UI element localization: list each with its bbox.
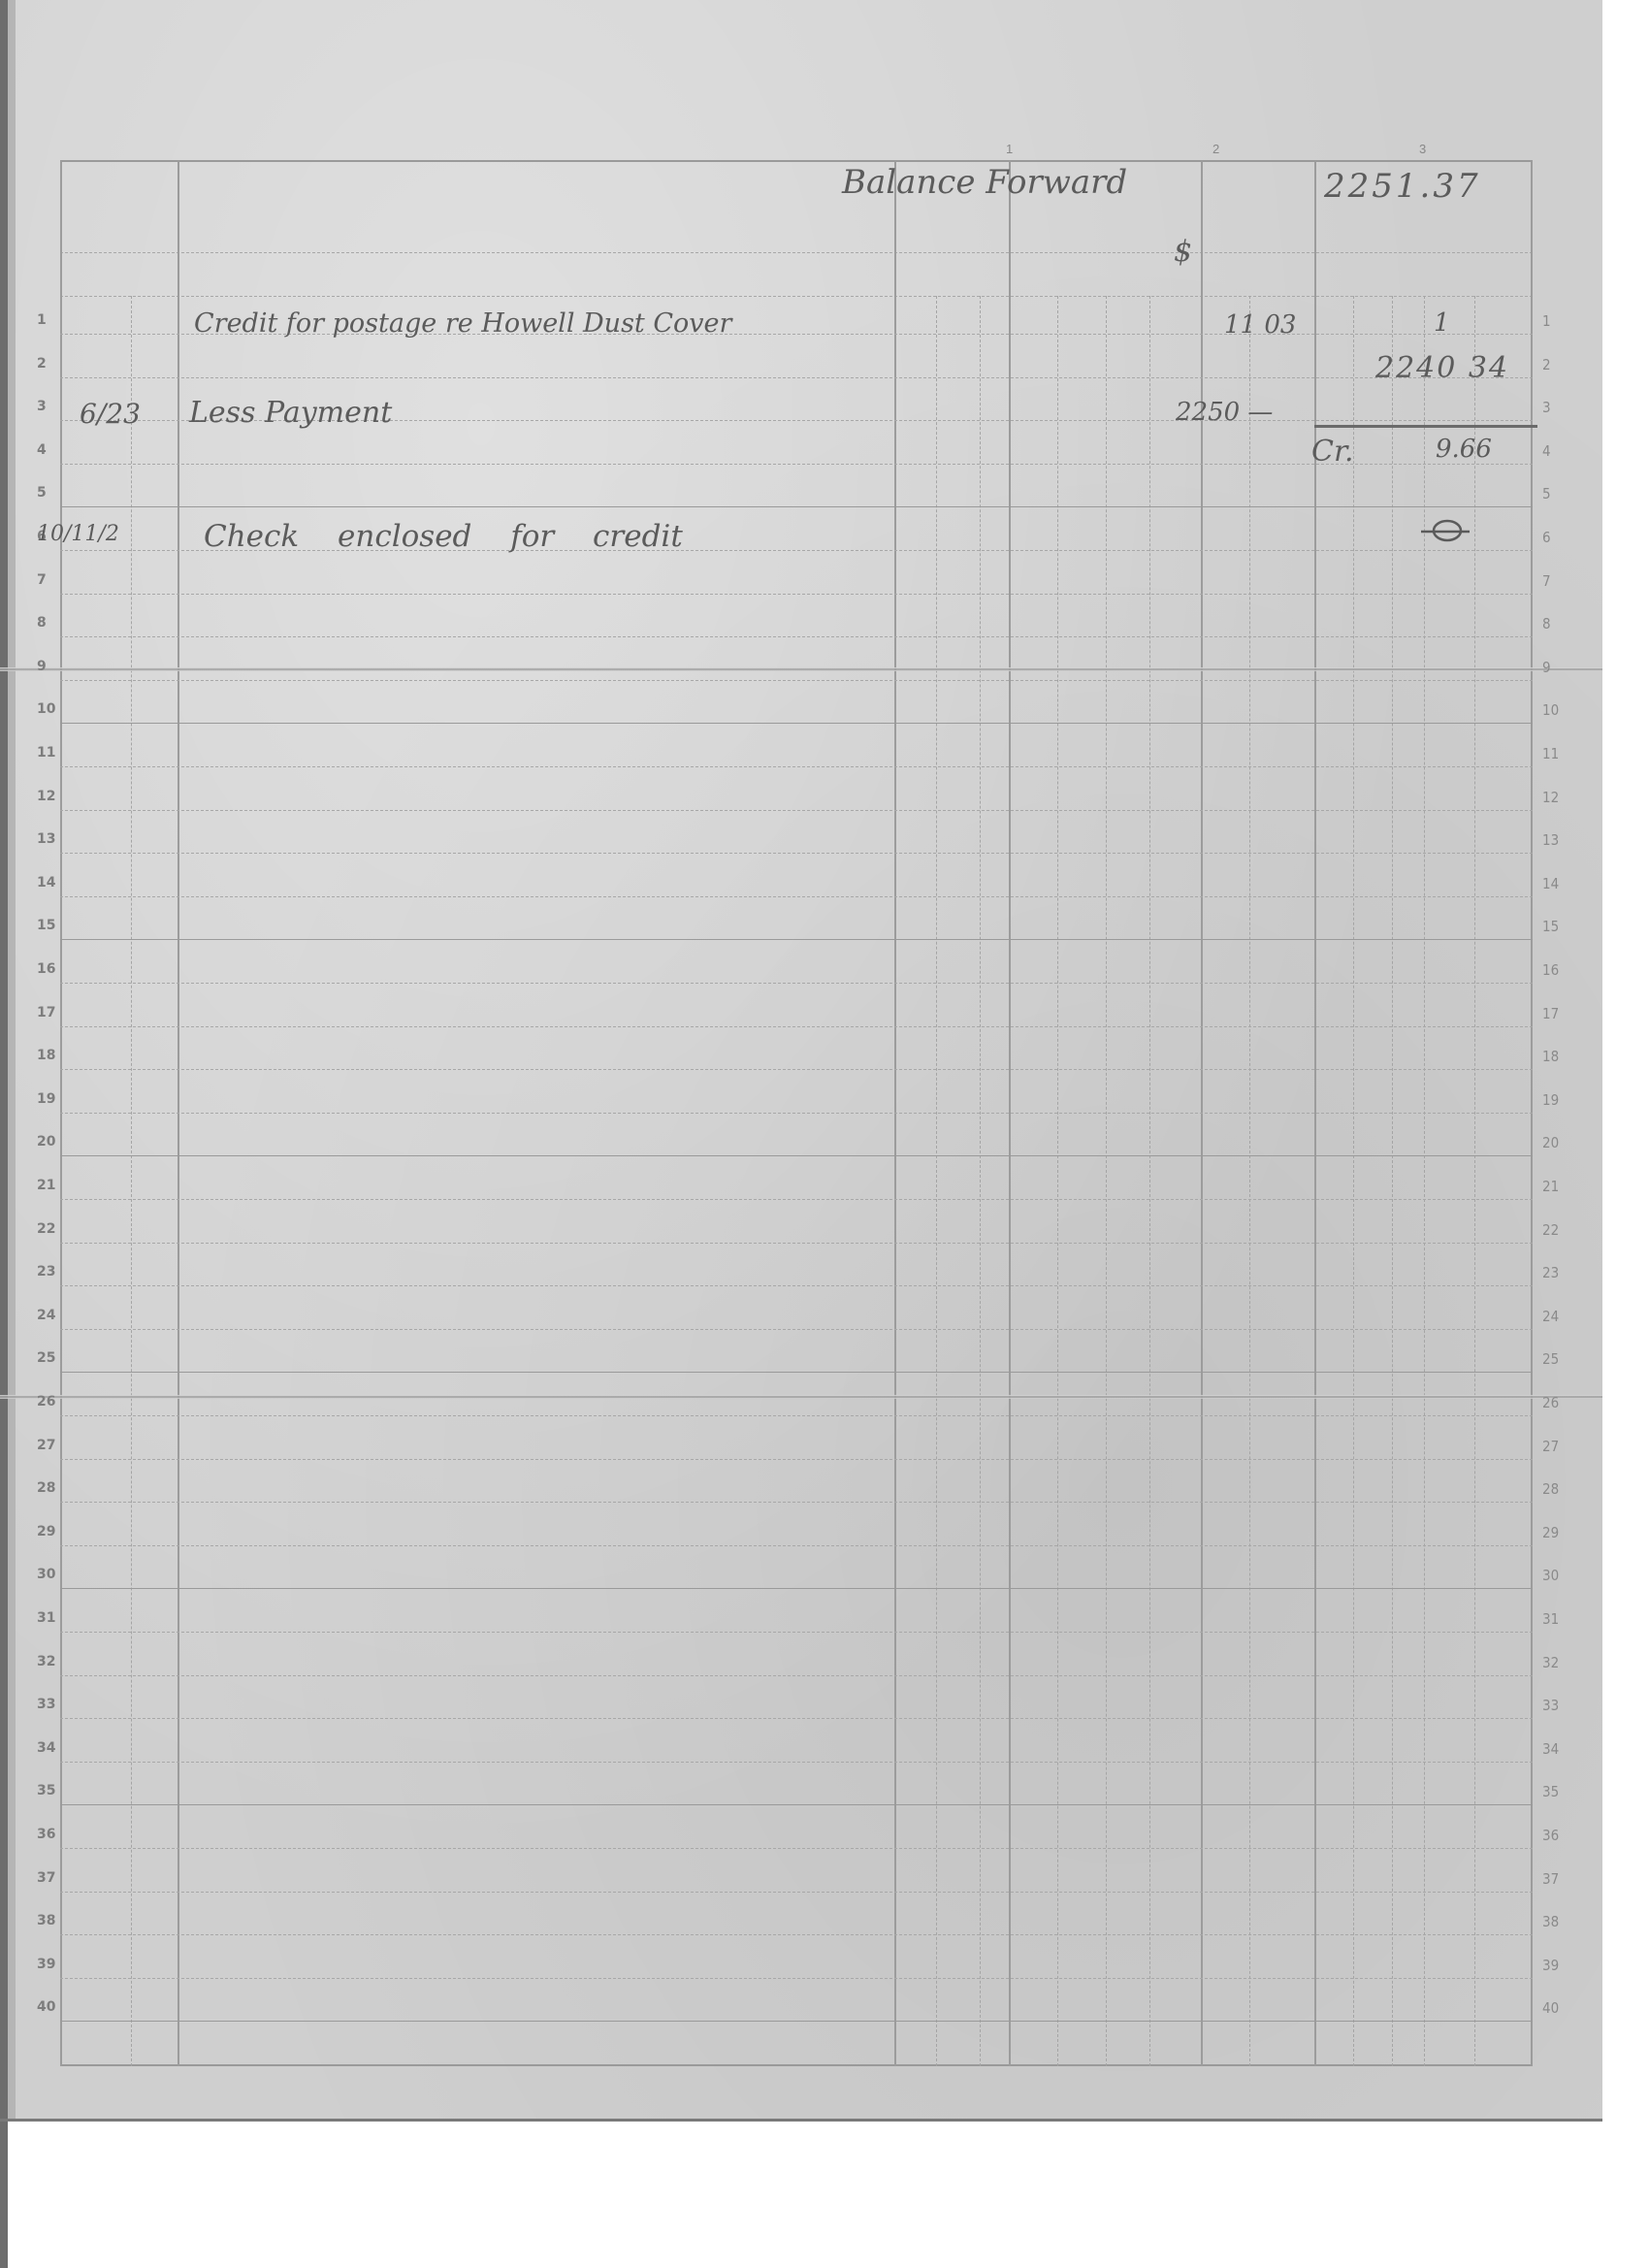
fold-crease-bottom bbox=[0, 1395, 1602, 1399]
paper-bottom-edge bbox=[0, 2119, 1602, 2122]
row-number-right: 28 bbox=[1542, 1480, 1559, 1498]
row-number-left: 31 bbox=[37, 1610, 55, 1626]
row-number-right: 8 bbox=[1542, 615, 1551, 632]
grid-col bbox=[1057, 296, 1058, 2066]
entry-6-description: Check enclosed for credit bbox=[204, 519, 683, 554]
row-number-right: 10 bbox=[1542, 701, 1559, 719]
row-line bbox=[60, 1804, 1533, 1805]
row-number-right: 33 bbox=[1542, 1697, 1559, 1714]
row-number-left: 23 bbox=[37, 1264, 55, 1280]
row-line bbox=[60, 1026, 1533, 1027]
row-line bbox=[60, 1502, 1533, 1503]
grid-col bbox=[1474, 296, 1475, 2066]
row-number-left: 30 bbox=[37, 1567, 55, 1582]
row-number-left: 15 bbox=[37, 918, 55, 933]
row-line bbox=[60, 983, 1533, 984]
row-number-right: 14 bbox=[1542, 875, 1559, 892]
row-number-left: 10 bbox=[37, 701, 55, 717]
grid-col bbox=[1392, 296, 1393, 2066]
row-number-right: 32 bbox=[1542, 1654, 1559, 1671]
row-number-left: 1 bbox=[37, 312, 47, 328]
row-number-right: 38 bbox=[1542, 1913, 1559, 1930]
grid-col bbox=[980, 296, 981, 2066]
row-number-right: 29 bbox=[1542, 1524, 1559, 1541]
row-line bbox=[60, 939, 1533, 940]
row-number-right: 3 bbox=[1542, 399, 1551, 416]
row-number-right: 30 bbox=[1542, 1567, 1559, 1584]
row-number-left: 5 bbox=[37, 485, 47, 501]
row-number-left: 21 bbox=[37, 1178, 55, 1193]
row-number-right: 20 bbox=[1542, 1134, 1559, 1151]
row-number-right: 37 bbox=[1542, 1870, 1559, 1888]
row-line bbox=[60, 1155, 1533, 1156]
row-number-left: 14 bbox=[37, 875, 55, 891]
row-number-right: 34 bbox=[1542, 1740, 1559, 1758]
scan-edge-shadow bbox=[8, 0, 16, 2121]
row-line bbox=[60, 680, 1533, 681]
row-line bbox=[60, 1329, 1533, 1330]
row-line bbox=[60, 1545, 1533, 1546]
row-line bbox=[60, 1113, 1533, 1114]
row-number-left: 25 bbox=[37, 1350, 55, 1366]
row-number-left: 4 bbox=[37, 442, 47, 458]
row-number-left: 37 bbox=[37, 1870, 55, 1886]
row-line bbox=[60, 1415, 1533, 1416]
row-number-left: 40 bbox=[37, 1999, 55, 2015]
entry-2-balance: 2240 34 bbox=[1375, 351, 1509, 385]
row-number-right: 13 bbox=[1542, 831, 1559, 849]
row-number-left: 35 bbox=[37, 1783, 55, 1798]
row-line bbox=[60, 1459, 1533, 1460]
row-line bbox=[60, 1285, 1533, 1286]
row-number-right: 23 bbox=[1542, 1264, 1559, 1281]
row-line bbox=[60, 506, 1533, 507]
row-number-right: 31 bbox=[1542, 1610, 1559, 1628]
row-number-left: 33 bbox=[37, 1697, 55, 1712]
row-number-left: 36 bbox=[37, 1827, 55, 1842]
entry-4-credit-prefix: Cr. bbox=[1311, 435, 1354, 469]
row-number-left: 27 bbox=[37, 1438, 55, 1453]
row-line bbox=[60, 1718, 1533, 1719]
entry-1-description: Credit for postage re Howell Dust Cover bbox=[194, 308, 731, 339]
row-number-right: 7 bbox=[1542, 572, 1551, 590]
row-number-left: 39 bbox=[37, 1957, 55, 1972]
grid-col bbox=[1353, 296, 1354, 2066]
row-number-left: 11 bbox=[37, 745, 55, 761]
grid-col bbox=[1249, 296, 1250, 2066]
row-number-right: 1 bbox=[1542, 312, 1551, 330]
row-number-left: 32 bbox=[37, 1654, 55, 1669]
row-number-left: 9 bbox=[37, 659, 47, 674]
column-number-1: 1 bbox=[1006, 142, 1013, 156]
row-line bbox=[60, 1199, 1533, 1200]
header-divider-2 bbox=[60, 296, 1533, 297]
row-number-right: 36 bbox=[1542, 1827, 1559, 1844]
row-line bbox=[60, 1632, 1533, 1633]
row-number-left: 24 bbox=[37, 1308, 55, 1323]
row-line bbox=[60, 594, 1533, 595]
row-line bbox=[60, 1069, 1533, 1070]
row-number-right: 21 bbox=[1542, 1178, 1559, 1195]
zero-balance-mark-icon bbox=[1421, 519, 1470, 544]
row-number-right: 4 bbox=[1542, 442, 1551, 460]
row-number-right: 40 bbox=[1542, 1999, 1559, 2017]
date-divider bbox=[131, 296, 132, 2066]
row-line bbox=[60, 896, 1533, 897]
row-number-left: 12 bbox=[37, 789, 55, 804]
row-number-right: 2 bbox=[1542, 356, 1551, 373]
dollar-sign: $ bbox=[1174, 235, 1192, 269]
row-number-right: 22 bbox=[1542, 1221, 1559, 1239]
row-line bbox=[60, 377, 1533, 378]
entry-6-date: 10/11/2 bbox=[37, 522, 119, 546]
row-number-left: 7 bbox=[37, 572, 47, 588]
row-number-right: 9 bbox=[1542, 659, 1551, 676]
balance-forward-amount: 2251.37 bbox=[1324, 167, 1481, 206]
row-line bbox=[60, 853, 1533, 854]
row-number-left: 8 bbox=[37, 615, 47, 631]
column-number-2: 2 bbox=[1212, 142, 1219, 156]
entry-3-description: Less Payment bbox=[189, 396, 392, 430]
row-line bbox=[60, 766, 1533, 767]
row-number-right: 11 bbox=[1542, 745, 1559, 762]
entry-1-balance: 1 bbox=[1434, 308, 1450, 338]
row-number-right: 15 bbox=[1542, 918, 1559, 935]
row-line bbox=[60, 1762, 1533, 1763]
row-line bbox=[60, 1934, 1533, 1935]
column-number-3: 3 bbox=[1419, 142, 1426, 156]
header-divider-1 bbox=[60, 252, 1533, 253]
row-number-left: 16 bbox=[37, 961, 55, 977]
row-number-left: 2 bbox=[37, 356, 47, 372]
row-line bbox=[60, 1892, 1533, 1893]
grid-col bbox=[936, 296, 937, 2066]
row-line bbox=[60, 1978, 1533, 1979]
row-number-left: 3 bbox=[37, 399, 47, 414]
row-number-right: 16 bbox=[1542, 961, 1559, 979]
row-number-right: 26 bbox=[1542, 1394, 1559, 1411]
row-line bbox=[60, 1372, 1533, 1373]
row-number-left: 34 bbox=[37, 1740, 55, 1756]
row-number-left: 20 bbox=[37, 1134, 55, 1150]
row-number-left: 19 bbox=[37, 1091, 55, 1107]
row-line bbox=[60, 2021, 1533, 2022]
row-line bbox=[60, 1243, 1533, 1244]
entry-4-balance: 9.66 bbox=[1436, 435, 1492, 464]
row-number-right: 12 bbox=[1542, 789, 1559, 806]
row-number-right: 24 bbox=[1542, 1308, 1559, 1325]
row-number-left: 38 bbox=[37, 1913, 55, 1928]
row-number-right: 35 bbox=[1542, 1783, 1559, 1800]
row-line bbox=[60, 723, 1533, 724]
total-underline bbox=[1314, 425, 1537, 428]
row-number-left: 26 bbox=[37, 1394, 55, 1409]
grid-col bbox=[1106, 296, 1107, 2066]
scan-edge-strip bbox=[0, 0, 8, 2268]
row-line bbox=[60, 810, 1533, 811]
entry-3-date: 6/23 bbox=[80, 398, 141, 430]
row-line bbox=[60, 636, 1533, 637]
entry-3-debit: 2250 — bbox=[1176, 398, 1273, 427]
balance-forward-label: Balance Forward bbox=[842, 163, 1127, 202]
row-number-left: 29 bbox=[37, 1524, 55, 1539]
row-line bbox=[60, 1848, 1533, 1849]
row-number-left: 18 bbox=[37, 1048, 55, 1063]
entry-1-debit: 11 03 bbox=[1224, 310, 1296, 340]
row-number-left: 22 bbox=[37, 1221, 55, 1237]
row-number-right: 6 bbox=[1542, 529, 1551, 546]
grid-col bbox=[1424, 296, 1425, 2066]
grid-col bbox=[1149, 296, 1150, 2066]
row-number-right: 27 bbox=[1542, 1438, 1559, 1455]
fold-crease-top bbox=[0, 667, 1602, 671]
row-number-right: 17 bbox=[1542, 1005, 1559, 1022]
row-number-right: 39 bbox=[1542, 1957, 1559, 1974]
row-number-left: 13 bbox=[37, 831, 55, 847]
row-line bbox=[60, 1675, 1533, 1676]
row-number-right: 18 bbox=[1542, 1048, 1559, 1065]
row-line bbox=[60, 1588, 1533, 1589]
row-number-right: 19 bbox=[1542, 1091, 1559, 1109]
row-number-right: 5 bbox=[1542, 485, 1551, 502]
row-number-left: 28 bbox=[37, 1480, 55, 1496]
row-number-right: 25 bbox=[1542, 1350, 1559, 1368]
row-number-left: 17 bbox=[37, 1005, 55, 1021]
